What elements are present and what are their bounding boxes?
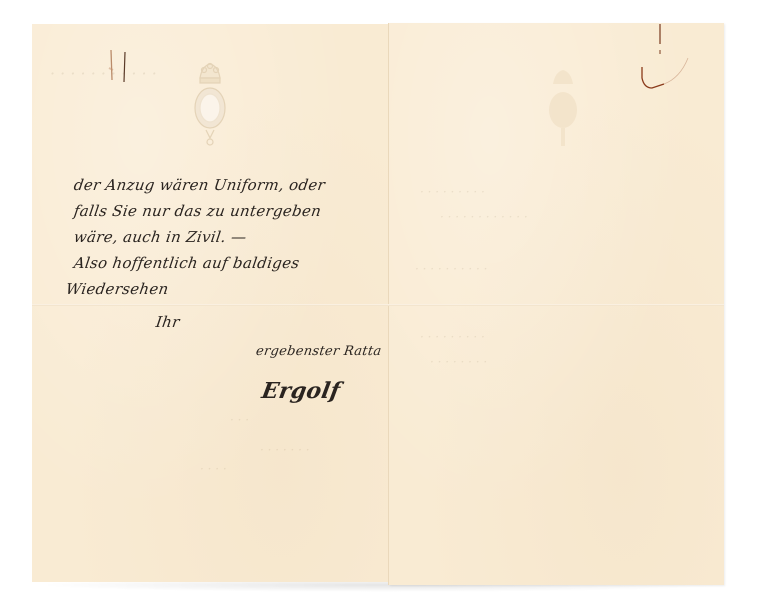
bleed-through-text: · · · · · · · · · · · ·: [440, 210, 528, 224]
letter-photo: · · · · · · · · · · · · · · · · · · · · …: [0, 0, 768, 607]
crown-crest-faint-icon: [545, 64, 581, 154]
bleed-through-text: · · · · · · · ·: [430, 355, 487, 369]
letter-line: der Anzug wären Uniform, oder: [73, 176, 327, 194]
letter-line: falls Sie nur das zu untergeben: [73, 202, 323, 220]
letter-initials: Ihr: [155, 313, 181, 331]
letter-line: wäre, auch in Zivil. —: [73, 228, 248, 246]
bleed-through-text: · · ·: [230, 413, 249, 427]
letter-signature: Ergolf: [260, 378, 343, 404]
letter-closing: ergebenster Ratta: [255, 344, 382, 359]
rust-mark-icon: [640, 22, 690, 97]
letter-line: Also hoffentlich auf baldiges: [73, 254, 301, 272]
bleed-through-text: · · · · · · ·: [260, 443, 310, 457]
bleed-through-text: · · · ·: [200, 462, 227, 476]
bleed-through-text: · · · · · · · · · ·: [415, 262, 487, 276]
crown-crest-icon: [192, 60, 228, 152]
rust-mark-icon: [104, 48, 134, 88]
bleed-through-text: · · · · · · · · ·: [420, 185, 485, 199]
letter-line: Wiedersehen: [65, 280, 170, 298]
horizontal-fold: [32, 304, 724, 306]
bleed-through-text: · · · · · · · · ·: [420, 330, 485, 344]
